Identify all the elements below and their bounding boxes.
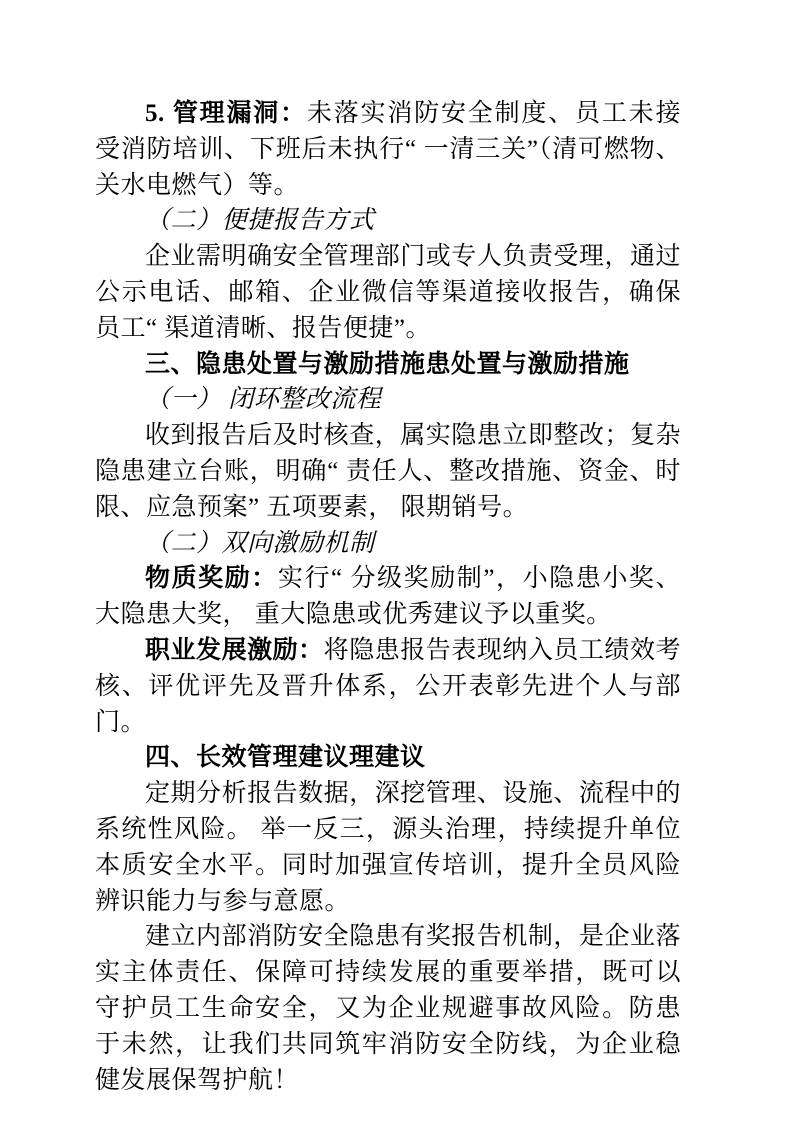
text-run: 四、长效管理建议理建议 — [145, 743, 426, 771]
heading-section-4: 四、长效管理建议理建议 — [95, 740, 681, 776]
document-page: 5. 管理漏洞：未落实消防安全制度、员工未接受消防培训、下班后未执行“ 一清三关… — [0, 0, 793, 1122]
text-run: 三、隐患处置与激励措施患处置与激励措施 — [145, 350, 630, 378]
subheading-two-way-incentive: （二）双向激励机制 — [95, 526, 681, 562]
text-run: 建立内部消防安全隐患有奖报告机制，是企业落实主体责任、保障可持续发展的重要举措，… — [95, 923, 681, 1093]
paragraph-rectification-process: 收到报告后及时核查，属实隐患立即整改；复杂隐患建立台账，明确“ 责任人、整改措施… — [95, 418, 681, 525]
paragraph-conclusion: 建立内部消防安全隐患有奖报告机制，是企业落实主体责任、保障可持续发展的重要举措，… — [95, 919, 681, 1098]
text-run: （一） 闭环整改流程 — [145, 386, 381, 413]
text-run: （二）双向激励机制 — [145, 530, 375, 557]
subheading-convenient-reporting: （二）便捷报告方式 — [95, 203, 681, 239]
document-body: 5. 管理漏洞：未落实消防安全制度、员工未接受消防培训、下班后未执行“ 一清三关… — [95, 96, 681, 1098]
text-run-bold: 职业发展激励： — [145, 637, 324, 664]
subheading-closed-loop-process: （一） 闭环整改流程 — [95, 382, 681, 418]
heading-section-3: 三、隐患处置与激励措施患处置与激励措施 — [95, 347, 681, 383]
paragraph-reporting-channels: 企业需明确安全管理部门或专人负责受理，通过公示电话、邮箱、企业微信等渠道接收报告… — [95, 239, 681, 346]
text-run-bold: 5. 管理漏洞： — [145, 100, 307, 127]
paragraph-material-reward: 物质奖励：实行“ 分级奖励制”，小隐患小奖、大隐患大奖， 重大隐患或优秀建议予以… — [95, 561, 681, 633]
text-run: 收到报告后及时核查，属实隐患立即整改；复杂隐患建立台账，明确“ 责任人、整改措施… — [95, 422, 681, 521]
paragraph-long-term-management: 定期分析报告数据，深挖管理、设施、流程中的系统性风险。 举一反三，源头治理，持续… — [95, 776, 681, 919]
text-run: 定期分析报告数据，深挖管理、设施、流程中的系统性风险。 举一反三，源头治理，持续… — [95, 780, 681, 914]
text-run: 企业需明确安全管理部门或专人负责受理，通过公示电话、邮箱、企业微信等渠道接收报告… — [95, 243, 681, 342]
text-run-bold: 物质奖励： — [145, 565, 278, 592]
paragraph-career-incentive: 职业发展激励：将隐患报告表现纳入员工绩效考核、评优评先及晋升体系，公开表彰先进个… — [95, 633, 681, 740]
paragraph-item-5-management-gaps: 5. 管理漏洞：未落实消防安全制度、员工未接受消防培训、下班后未执行“ 一清三关… — [95, 96, 681, 203]
text-run: （二）便捷报告方式 — [145, 207, 375, 234]
